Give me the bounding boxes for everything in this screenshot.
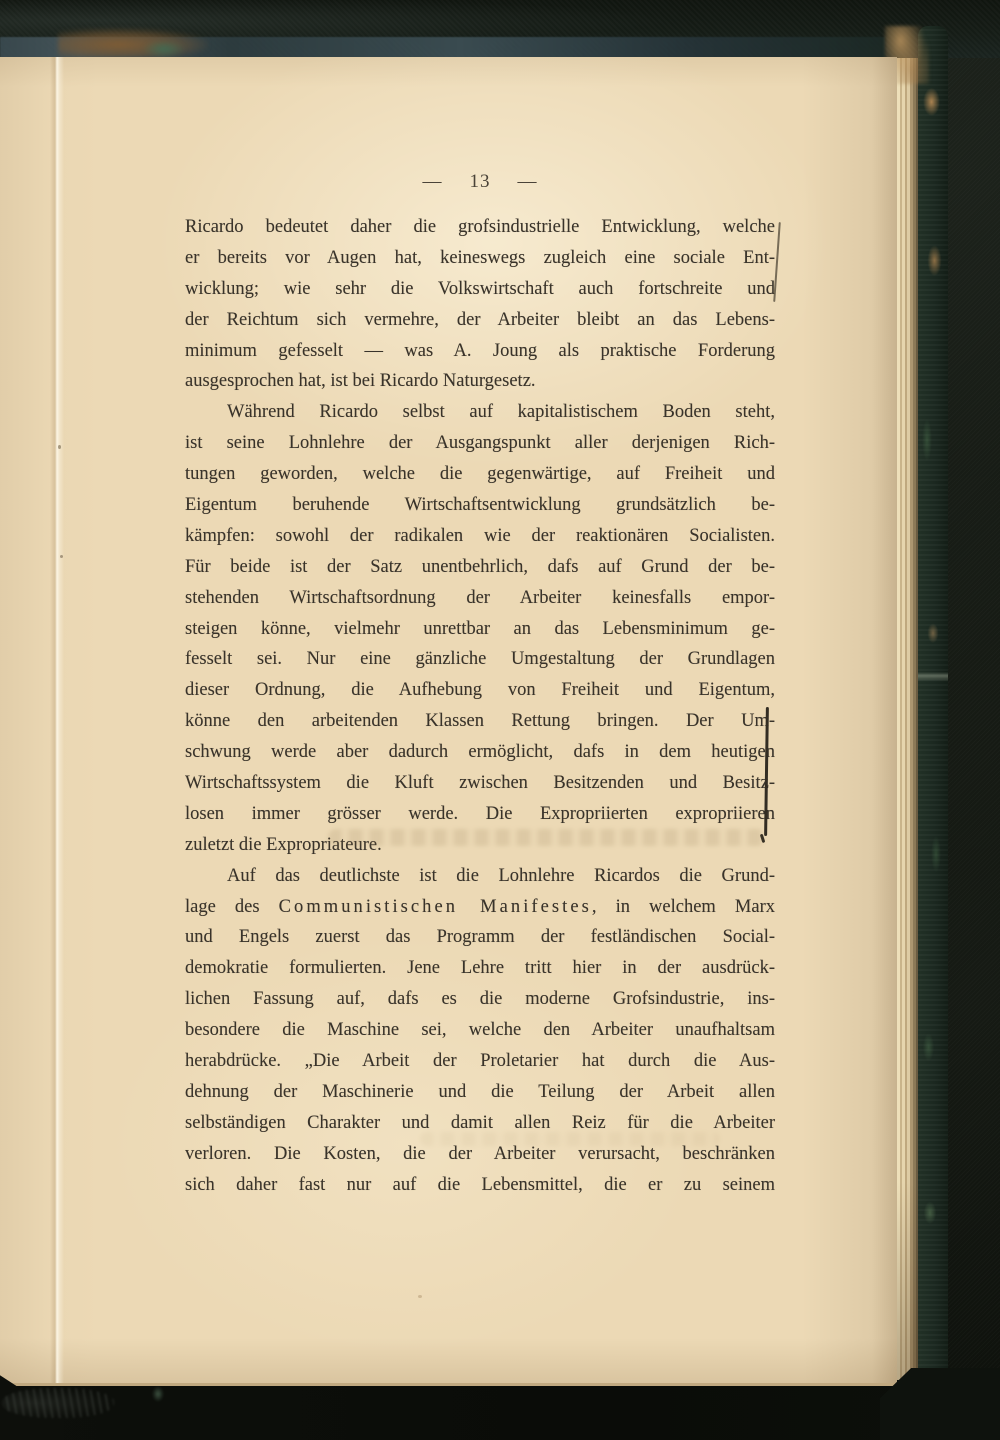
page-number-value: 13 bbox=[470, 171, 491, 192]
text-line: könne den arbeitenden Klassen Rettung br… bbox=[185, 706, 775, 737]
text-line: lage des Communistischen Manifestes, in … bbox=[185, 892, 775, 923]
text-line: stehenden Wirtschaftsordnung der Arbeite… bbox=[185, 583, 775, 614]
book-scan: —13— Ricardo bedeutet daher die grofsind… bbox=[0, 0, 1000, 1440]
text-line: Während Ricardo selbst auf kapitalistisc… bbox=[185, 397, 775, 428]
text-line: dehnung der Maschinerie und die Teilung … bbox=[185, 1077, 775, 1108]
page-text: Ricardo bedeutet daher die grofsindustri… bbox=[185, 212, 775, 1201]
show-through-text bbox=[328, 829, 766, 846]
text-segment: , in welchem Marx bbox=[592, 897, 775, 917]
text-line: der Reichtum sich vermehre, der Arbeiter… bbox=[185, 305, 775, 336]
emphasized-spaced-text: Communistischen Manifestes bbox=[279, 897, 592, 917]
page-number: —13— bbox=[185, 171, 775, 193]
background-right bbox=[943, 0, 1000, 1440]
show-through-text bbox=[420, 1132, 720, 1146]
text-line: sich daher fast nur auf die Lebensmittel… bbox=[185, 1170, 775, 1201]
scratch-marks bbox=[2, 1388, 114, 1418]
text-line: losen immer grösser werde. Die Exproprii… bbox=[185, 799, 775, 830]
text-line: schwung werde aber dadurch ermöglicht, d… bbox=[185, 737, 775, 768]
book-page: —13— Ricardo bedeutet daher die grofsind… bbox=[0, 57, 897, 1386]
text-line: Wirtschaftssystem die Kluft zwischen Bes… bbox=[185, 768, 775, 799]
text-line: Ricardo bedeutet daher die grofsindustri… bbox=[185, 212, 775, 243]
text-line: Für beide ist der Satz unentbehrlich, da… bbox=[185, 552, 775, 583]
text-line: wicklung; wie sehr die Volkswirtschaft a… bbox=[185, 274, 775, 305]
text-line: er bereits vor Augen hat, keineswegs zug… bbox=[185, 243, 775, 274]
book-cover-top-edge bbox=[0, 0, 1000, 58]
book-cover-right-edge bbox=[918, 26, 948, 1406]
paper-speck bbox=[418, 1295, 422, 1298]
text-segment: lage des bbox=[185, 897, 279, 917]
paper-speck bbox=[60, 555, 63, 558]
page-block-edges bbox=[895, 58, 918, 1380]
text-line: ist seine Lohnlehre der Ausgangspunkt al… bbox=[185, 428, 775, 459]
text-line: minimum gefesselt — was A. Joung als pra… bbox=[185, 336, 775, 367]
text-line: ausgesprochen hat, ist bei Ricardo Natur… bbox=[185, 366, 775, 397]
page-number-dash: — bbox=[518, 171, 538, 192]
page-gutter-crease bbox=[50, 57, 64, 1383]
cover-damage-spot bbox=[58, 28, 208, 58]
text-line: herabdrücke. „Die Arbeit der Proletarier… bbox=[185, 1046, 775, 1077]
text-line: dieser Ordnung, die Aufhebung von Freihe… bbox=[185, 675, 775, 706]
text-line: kämpfen: sowohl der radikalen wie der re… bbox=[185, 521, 775, 552]
text-line: besondere die Maschine sei, welche den A… bbox=[185, 1015, 775, 1046]
text-line: Auf das deutlichste ist die Lohnlehre Ri… bbox=[185, 861, 775, 892]
text-line: lichen Fassung auf, dafs es die moderne … bbox=[185, 984, 775, 1015]
text-line: Eigentum beruhende Wirtschaftsentwicklun… bbox=[185, 490, 775, 521]
text-line: fesselt sei. Nur eine gänzliche Umgestal… bbox=[185, 644, 775, 675]
paper-speck bbox=[250, 1119, 253, 1122]
paper-speck bbox=[58, 445, 61, 449]
text-line: steigen könne, vielmehr unrettbar an das… bbox=[185, 614, 775, 645]
cover-damage-spot bbox=[142, 40, 186, 58]
background-bottom bbox=[0, 1383, 1000, 1440]
scratch-dot bbox=[152, 1386, 164, 1402]
text-line: tungen geworden, welche die gegenwärtige… bbox=[185, 459, 775, 490]
text-line: und Engels zuerst das Programm der festl… bbox=[185, 922, 775, 953]
page-number-dash: — bbox=[423, 171, 443, 192]
text-line: demokratie formulierten. Jene Lehre trit… bbox=[185, 953, 775, 984]
